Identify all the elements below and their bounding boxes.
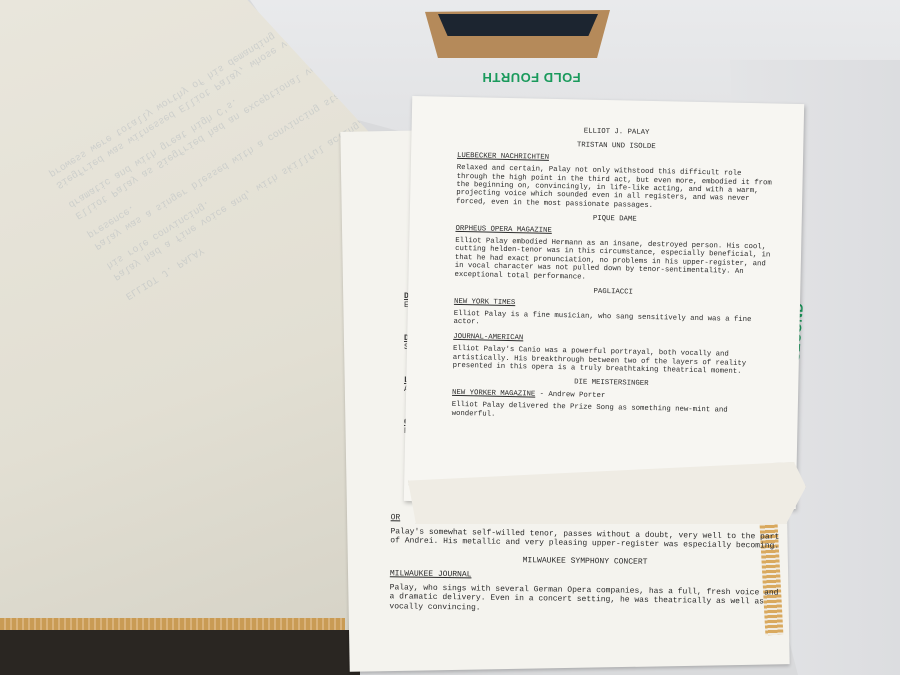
- review-text: Elliot Palay is a fine musician, who san…: [453, 310, 771, 333]
- review-text: Palay, who sings with several German Ope…: [389, 583, 779, 617]
- review-text: Elliot Palay delivered the Prize Song as…: [452, 401, 770, 424]
- concert-title: MILWAUKEE SYMPHONY CONCERT: [390, 554, 780, 569]
- bottom-sheet: OR Palay's somewhat self-willed tenor, p…: [389, 509, 780, 622]
- fold-fourth-label: FOLD FOURTH: [482, 70, 581, 85]
- review-text: Elliot Palay's Canio was a powerful port…: [453, 345, 771, 377]
- review-text: Palay's somewhat self-willed tenor, pass…: [390, 527, 780, 551]
- binder-page-edge: [0, 618, 345, 630]
- review-sheet: ELLIOT J. PALAY TRISTAN UND ISOLDE LUEBE…: [404, 96, 804, 509]
- binder-shadow: [0, 630, 360, 675]
- box-handle-hole: [438, 14, 598, 36]
- sheet-title: ELLIOT J. PALAY: [458, 125, 776, 140]
- partial-heading: OR: [391, 513, 781, 528]
- review-text: Elliot Palay embodied Hermann as an insa…: [454, 237, 773, 286]
- review-source: MILWAUKEE JOURNAL: [390, 569, 780, 584]
- review-text: Relaxed and certain, Palay not only with…: [456, 164, 775, 213]
- binder-left-page: ELLIOT J. PALAY Palay had a fine voice a…: [0, 0, 375, 630]
